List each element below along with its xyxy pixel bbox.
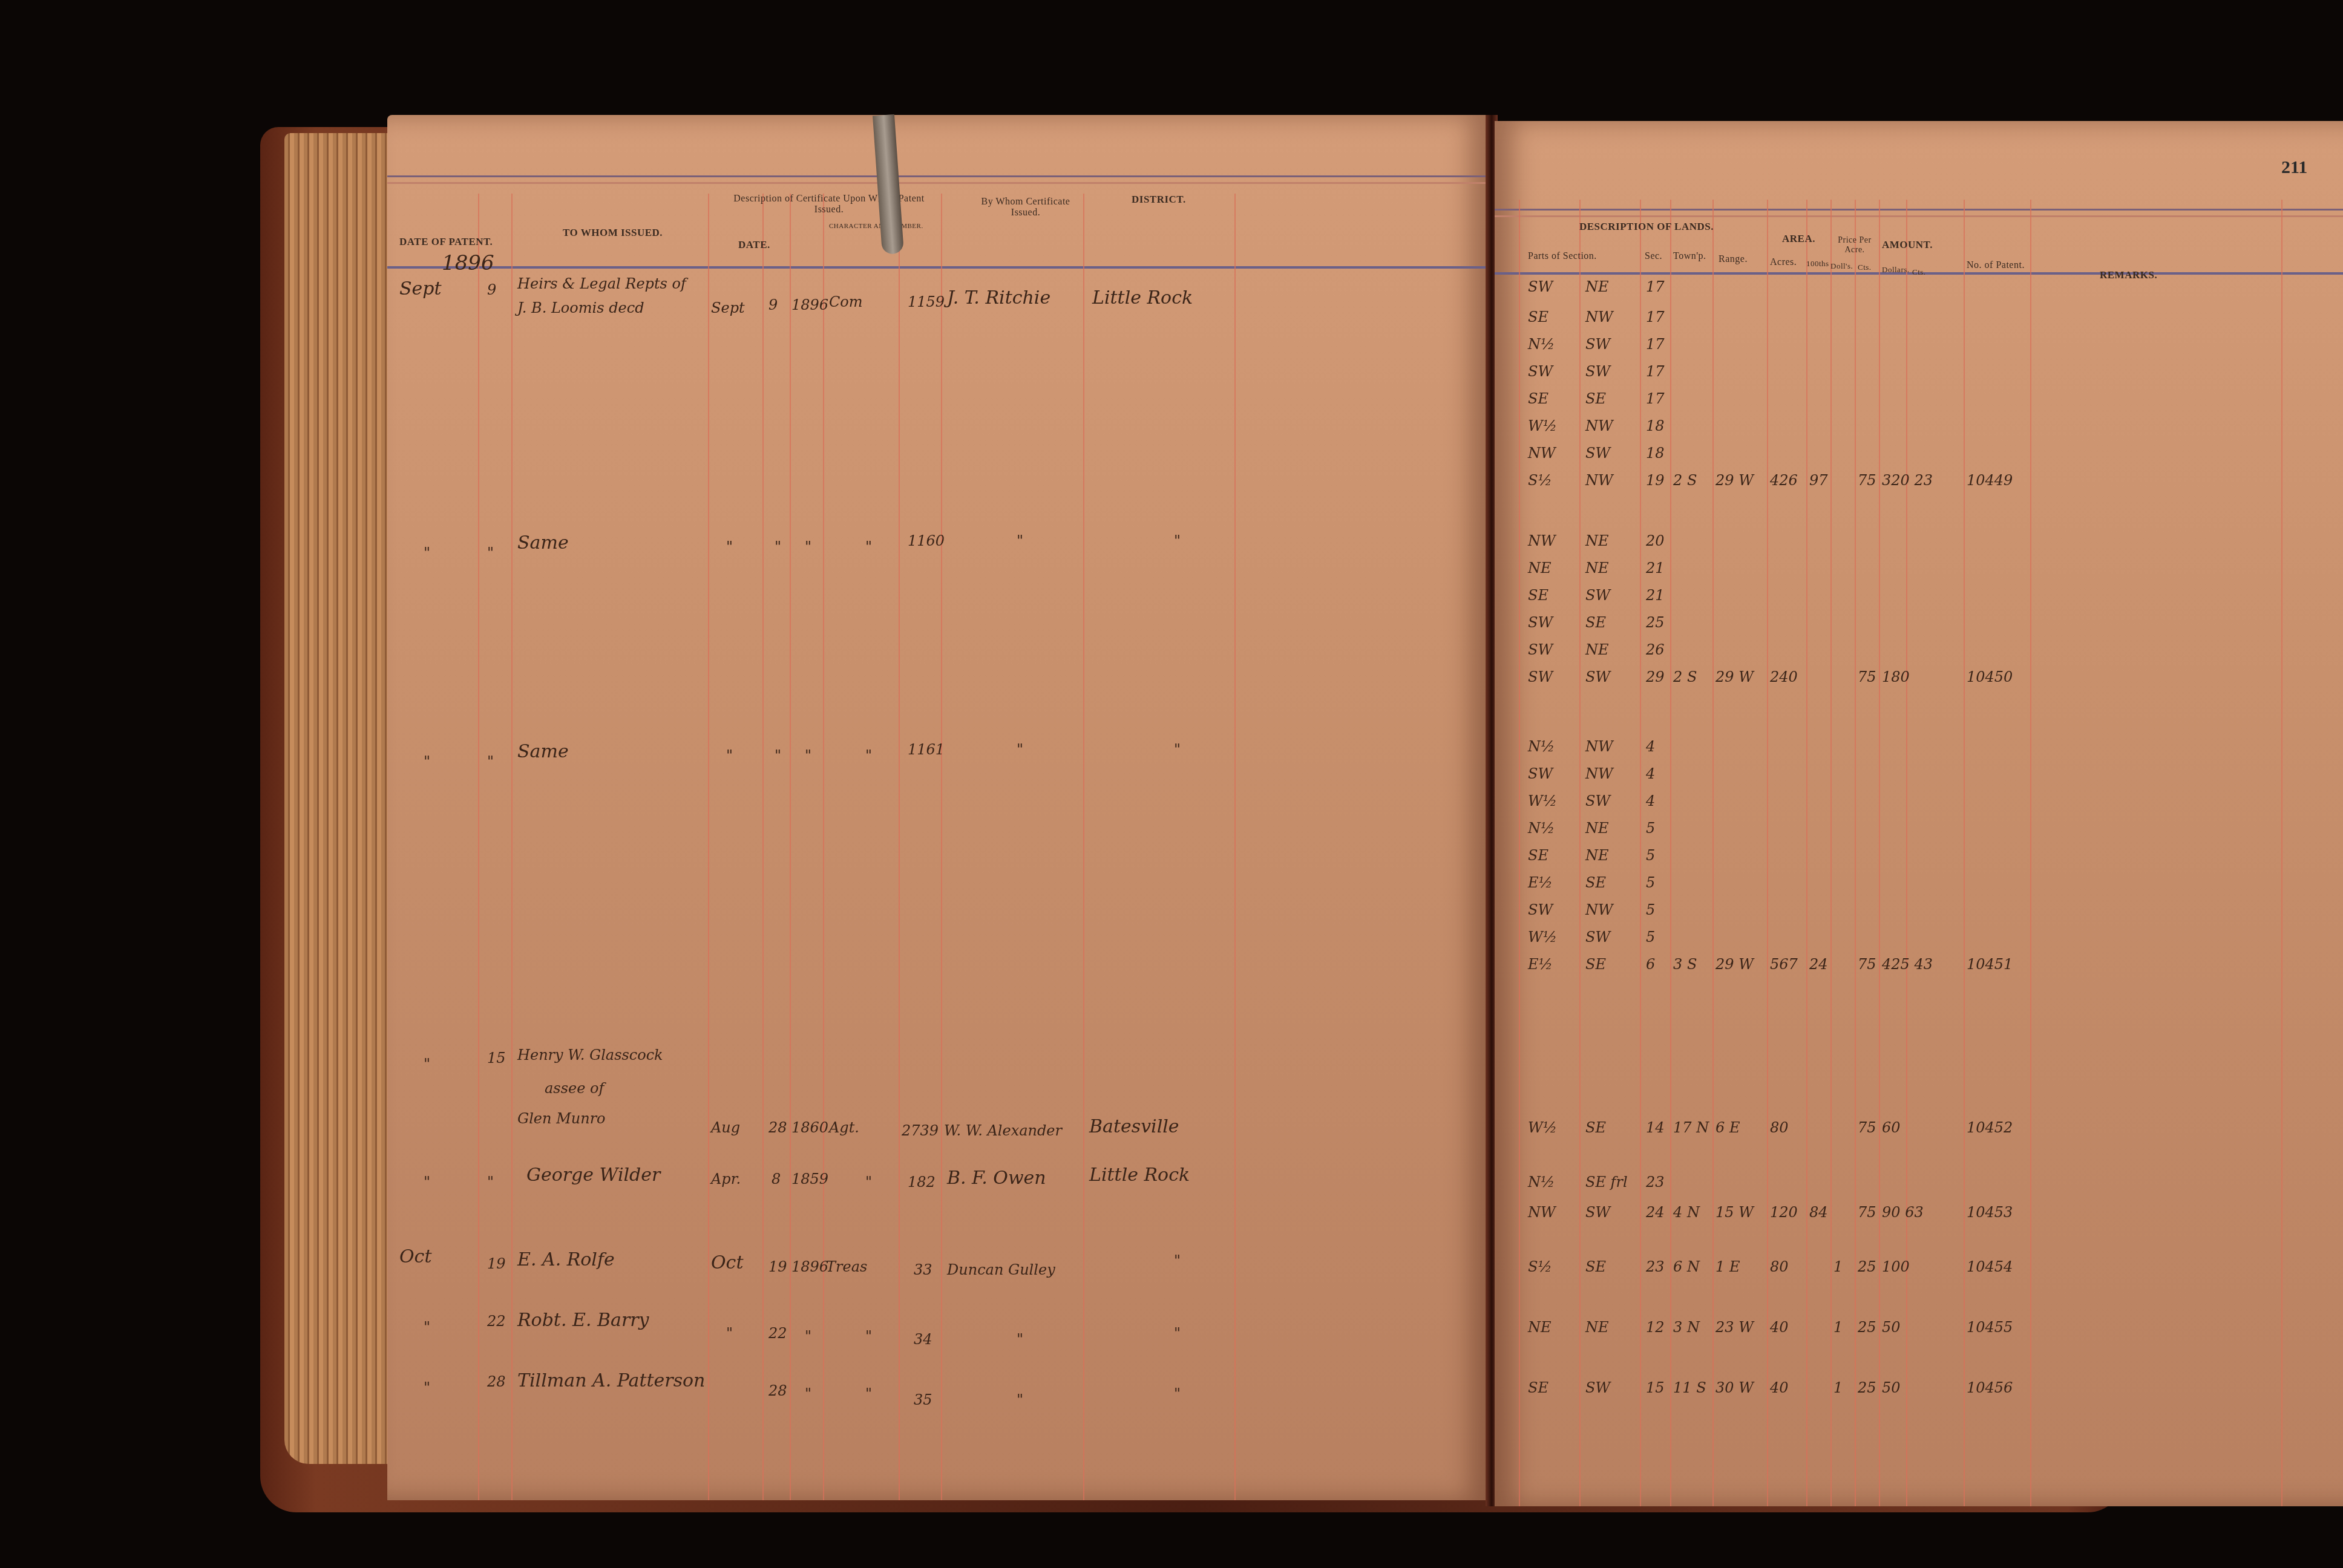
land-price-cts: 75 bbox=[1858, 1204, 1876, 1221]
land-sec: 4 bbox=[1646, 792, 1655, 809]
land-price-cts: 75 bbox=[1858, 668, 1876, 685]
land-acres: 120 bbox=[1770, 1204, 1798, 1221]
land-part: SW bbox=[1528, 668, 1553, 685]
header-remarks: REMARKS. bbox=[2100, 269, 2157, 281]
land-part: SE bbox=[1528, 1379, 1548, 1396]
land-part: SW bbox=[1528, 641, 1553, 658]
land-part: SW bbox=[1528, 278, 1553, 295]
land-sec: 25 bbox=[1646, 614, 1665, 631]
land-patent-no: 10454 bbox=[1967, 1258, 2013, 1275]
header-parts-of-section: Parts of Section. bbox=[1528, 251, 1597, 262]
header-amount: AMOUNT. bbox=[1882, 239, 1933, 251]
land-range: 15 W bbox=[1715, 1204, 1754, 1221]
right-page: 211 DESCRIPTION OF LANDS. Parts of Secti… bbox=[1495, 121, 2343, 1506]
land-part: SE bbox=[1528, 847, 1548, 864]
header-cts: Cts. bbox=[1858, 263, 1872, 272]
land-quarter: SW bbox=[1585, 668, 1610, 685]
land-sec: 18 bbox=[1646, 417, 1665, 434]
header-amount-cts: Cts. bbox=[1912, 267, 1926, 277]
header-by-whom: By Whom Certificate Issued. bbox=[980, 197, 1071, 218]
land-quarter: NW bbox=[1585, 738, 1613, 755]
land-quarter: SE bbox=[1585, 1258, 1606, 1275]
land-town: 17 N bbox=[1673, 1119, 1709, 1136]
land-quarter: SE frl bbox=[1585, 1174, 1628, 1191]
land-quarter: SE bbox=[1585, 1119, 1606, 1136]
land-part: NE bbox=[1528, 560, 1552, 577]
land-price-dolls: 1 bbox=[1833, 1379, 1843, 1396]
land-sec: 20 bbox=[1646, 532, 1665, 549]
land-part: N½ bbox=[1528, 820, 1555, 837]
land-range: 23 W bbox=[1715, 1319, 1754, 1336]
land-part: W½ bbox=[1528, 792, 1557, 809]
land-amount: 425 43 bbox=[1882, 956, 1933, 973]
land-part: NW bbox=[1528, 445, 1556, 462]
header-bottom-rule bbox=[387, 266, 1489, 269]
land-sec: 23 bbox=[1646, 1258, 1665, 1275]
land-quarter: NE bbox=[1585, 560, 1609, 577]
land-part: NE bbox=[1528, 1319, 1552, 1336]
land-sec: 5 bbox=[1646, 901, 1655, 918]
land-quarter: SW bbox=[1585, 363, 1610, 380]
land-part: SE bbox=[1528, 309, 1548, 325]
land-town: 4 N bbox=[1673, 1204, 1700, 1221]
land-amount: 100 bbox=[1882, 1258, 1910, 1275]
land-sec: 17 bbox=[1646, 278, 1665, 295]
land-part: E½ bbox=[1528, 874, 1553, 891]
land-sec: 17 bbox=[1646, 309, 1665, 325]
land-range: 29 W bbox=[1715, 956, 1754, 973]
land-acres: 240 bbox=[1770, 668, 1798, 685]
header-dollars: Dollars. bbox=[1882, 265, 1910, 275]
land-patent-no: 10451 bbox=[1967, 956, 2013, 973]
header-district: DISTRICT. bbox=[1132, 194, 1186, 206]
land-sec: 15 bbox=[1646, 1379, 1665, 1396]
land-patent-no: 10450 bbox=[1967, 668, 2013, 685]
land-quarter: NW bbox=[1585, 417, 1613, 434]
land-part: NW bbox=[1528, 532, 1556, 549]
land-price-cts: 25 bbox=[1858, 1379, 1876, 1396]
land-quarter: NE bbox=[1585, 820, 1609, 837]
land-amount: 90 63 bbox=[1882, 1204, 1924, 1221]
land-quarter: SE bbox=[1585, 614, 1606, 631]
land-sec: 14 bbox=[1646, 1119, 1665, 1136]
land-acres: 80 bbox=[1770, 1119, 1789, 1136]
land-sec: 17 bbox=[1646, 390, 1665, 407]
header-description-of-lands: DESCRIPTION OF LANDS. bbox=[1579, 221, 1714, 233]
land-sec: 5 bbox=[1646, 820, 1655, 837]
land-part: N½ bbox=[1528, 738, 1555, 755]
land-sec: 17 bbox=[1646, 363, 1665, 380]
land-part: W½ bbox=[1528, 417, 1557, 434]
land-price-cts: 75 bbox=[1858, 472, 1876, 489]
land-quarter: SW bbox=[1585, 336, 1610, 353]
land-town: 2 S bbox=[1673, 472, 1697, 489]
land-hundredths: 84 bbox=[1809, 1204, 1828, 1221]
year-heading: 1896 bbox=[442, 251, 494, 275]
land-quarter: SW bbox=[1585, 1204, 1610, 1221]
land-hundredths: 24 bbox=[1809, 956, 1828, 973]
land-part: SW bbox=[1528, 765, 1553, 782]
land-sec: 4 bbox=[1646, 765, 1655, 782]
header-range: Range. bbox=[1719, 254, 1748, 265]
land-hundredths: 97 bbox=[1809, 472, 1828, 489]
land-sec: 26 bbox=[1646, 641, 1665, 658]
land-acres: 40 bbox=[1770, 1319, 1789, 1336]
land-sec: 21 bbox=[1646, 587, 1665, 604]
land-sec: 23 bbox=[1646, 1174, 1665, 1191]
land-sec: 5 bbox=[1646, 874, 1655, 891]
land-quarter: NW bbox=[1585, 765, 1613, 782]
land-part: S½ bbox=[1528, 1258, 1552, 1275]
land-amount: 50 bbox=[1882, 1319, 1901, 1336]
open-ledger-book: DATE OF PATENT. 1896 TO WHOM ISSUED. Des… bbox=[260, 115, 2124, 1512]
land-sec: 5 bbox=[1646, 929, 1655, 946]
land-price-cts: 25 bbox=[1858, 1258, 1876, 1275]
header-double-rule bbox=[387, 175, 1489, 184]
land-acres: 80 bbox=[1770, 1258, 1789, 1275]
land-quarter: SW bbox=[1585, 1379, 1610, 1396]
header-acres: Acres. bbox=[1770, 257, 1797, 268]
land-quarter: SW bbox=[1585, 792, 1610, 809]
land-price-dolls: 1 bbox=[1833, 1319, 1843, 1336]
land-sec: 19 bbox=[1646, 472, 1665, 489]
land-quarter: NE bbox=[1585, 1319, 1609, 1336]
land-part: W½ bbox=[1528, 1119, 1557, 1136]
land-part: N½ bbox=[1528, 1174, 1555, 1191]
land-patent-no: 10449 bbox=[1967, 472, 2013, 489]
land-price-cts: 75 bbox=[1858, 956, 1876, 973]
land-sec: 6 bbox=[1646, 956, 1655, 973]
land-acres: 426 bbox=[1770, 472, 1798, 489]
land-part: SW bbox=[1528, 614, 1553, 631]
land-town: 6 N bbox=[1673, 1258, 1700, 1275]
land-patent-no: 10455 bbox=[1967, 1319, 2013, 1336]
header-double-rule bbox=[1495, 209, 2343, 217]
header-area: AREA. bbox=[1782, 233, 1815, 245]
header-township: Town'p. bbox=[1673, 251, 1706, 262]
land-quarter: NE bbox=[1585, 641, 1609, 658]
land-quarter: SE bbox=[1585, 390, 1606, 407]
land-patent-no: 10456 bbox=[1967, 1379, 2013, 1396]
land-part: SE bbox=[1528, 390, 1548, 407]
header-sec: Sec. bbox=[1645, 251, 1662, 262]
land-town: 2 S bbox=[1673, 668, 1697, 685]
land-amount: 180 bbox=[1882, 668, 1910, 685]
land-quarter: SW bbox=[1585, 587, 1610, 604]
land-part: W½ bbox=[1528, 929, 1557, 946]
land-sec: 29 bbox=[1646, 668, 1665, 685]
land-acres: 40 bbox=[1770, 1379, 1789, 1396]
header-hundredths: 100ths bbox=[1806, 259, 1829, 269]
header-dolls: Doll's. bbox=[1830, 261, 1853, 271]
land-quarter: NE bbox=[1585, 847, 1609, 864]
land-quarter: SE bbox=[1585, 874, 1606, 891]
land-sec: 4 bbox=[1646, 738, 1655, 755]
land-range: 6 E bbox=[1715, 1119, 1740, 1136]
land-patent-no: 10452 bbox=[1967, 1119, 2013, 1136]
land-part: SW bbox=[1528, 363, 1553, 380]
header-cert-char-number: CHARACTER AND NUMBER. bbox=[829, 223, 923, 230]
header-to-whom-issued: TO WHOM ISSUED. bbox=[563, 227, 663, 239]
land-quarter: SW bbox=[1585, 929, 1610, 946]
land-quarter: NW bbox=[1585, 901, 1613, 918]
land-quarter: NE bbox=[1585, 532, 1609, 549]
land-range: 30 W bbox=[1715, 1379, 1754, 1396]
land-range: 1 E bbox=[1715, 1258, 1740, 1275]
left-page: DATE OF PATENT. 1896 TO WHOM ISSUED. Des… bbox=[387, 115, 1489, 1500]
land-part: S½ bbox=[1528, 472, 1552, 489]
land-sec: 12 bbox=[1646, 1319, 1665, 1336]
land-part: SW bbox=[1528, 901, 1553, 918]
land-quarter: NE bbox=[1585, 278, 1609, 295]
land-range: 29 W bbox=[1715, 668, 1754, 685]
land-part: E½ bbox=[1528, 956, 1553, 973]
land-sec: 17 bbox=[1646, 336, 1665, 353]
land-range: 29 W bbox=[1715, 472, 1754, 489]
land-amount: 60 bbox=[1882, 1119, 1901, 1136]
land-amount: 50 bbox=[1882, 1379, 1901, 1396]
header-date-of-patent: DATE OF PATENT. bbox=[399, 236, 493, 248]
land-amount: 320 23 bbox=[1882, 472, 1933, 489]
land-price-dolls: 1 bbox=[1833, 1258, 1843, 1275]
land-price-cts: 75 bbox=[1858, 1119, 1876, 1136]
land-acres: 567 bbox=[1770, 956, 1798, 973]
land-price-cts: 25 bbox=[1858, 1319, 1876, 1336]
land-sec: 21 bbox=[1646, 560, 1665, 577]
page-number: 211 bbox=[2281, 157, 2307, 178]
header-price-per-acre: Price Per Acre. bbox=[1830, 236, 1879, 255]
land-sec: 5 bbox=[1646, 847, 1655, 864]
land-sec: 24 bbox=[1646, 1204, 1665, 1221]
land-town: 3 N bbox=[1673, 1319, 1700, 1336]
land-town: 3 S bbox=[1673, 956, 1697, 973]
land-quarter: NW bbox=[1585, 309, 1613, 325]
land-part: SE bbox=[1528, 587, 1548, 604]
land-sec: 18 bbox=[1646, 445, 1665, 462]
land-quarter: SE bbox=[1585, 956, 1606, 973]
header-no-of-patent: No. of Patent. bbox=[1967, 260, 2025, 271]
land-quarter: NW bbox=[1585, 472, 1613, 489]
land-town: 11 S bbox=[1673, 1379, 1706, 1396]
header-cert-date: DATE. bbox=[738, 239, 770, 251]
land-quarter: SW bbox=[1585, 445, 1610, 462]
land-patent-no: 10453 bbox=[1967, 1204, 2013, 1221]
land-part: N½ bbox=[1528, 336, 1555, 353]
land-part: NW bbox=[1528, 1204, 1556, 1221]
